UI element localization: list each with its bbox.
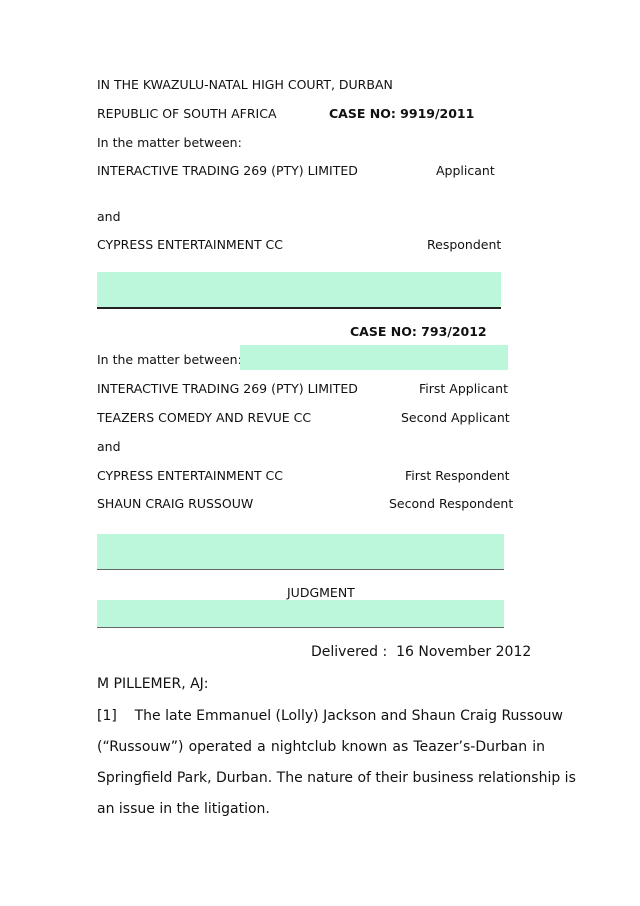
judgment-title: JUDGMENT xyxy=(287,587,355,600)
paragraph-line: [1] The late Emmanuel (Lolly) Jackson an… xyxy=(97,709,545,723)
divider-rule-1 xyxy=(97,307,501,309)
paragraph-line: (“Russouw”) operated a nightclub known a… xyxy=(97,740,545,754)
paragraph-line: Springfield Park, Durban. The nature of … xyxy=(97,771,545,785)
divider-rule-3 xyxy=(97,627,504,628)
divider-rule-2 xyxy=(97,569,504,570)
and-separator-1: and xyxy=(97,211,121,224)
highlight-block-4 xyxy=(97,600,504,627)
and-separator-2: and xyxy=(97,441,121,454)
case-number-2: CASE NO: 793/2012 xyxy=(350,326,487,339)
party-role-4: Second Respondent xyxy=(389,498,513,511)
highlight-block-2 xyxy=(240,345,508,370)
respondent-role: Respondent xyxy=(427,239,501,252)
party-name-1: INTERACTIVE TRADING 269 (PTY) LIMITED xyxy=(97,383,358,396)
party-name-3: CYPRESS ENTERTAINMENT CC xyxy=(97,470,283,483)
court-heading: IN THE KWAZULU-NATAL HIGH COURT, DURBAN xyxy=(97,79,393,92)
paragraph-line: an issue in the litigation. xyxy=(97,802,517,816)
party-role-3: First Respondent xyxy=(405,470,510,483)
applicant-role: Applicant xyxy=(436,165,495,178)
applicant-name: INTERACTIVE TRADING 269 (PTY) LIMITED xyxy=(97,165,358,178)
matter-between-1: In the matter between: xyxy=(97,137,242,150)
highlight-block-3 xyxy=(97,534,504,569)
respondent-name: CYPRESS ENTERTAINMENT CC xyxy=(97,239,283,252)
country-heading: REPUBLIC OF SOUTH AFRICA xyxy=(97,108,277,121)
party-role-1: First Applicant xyxy=(419,383,508,396)
highlight-block-1 xyxy=(97,272,501,307)
judge-name: M PILLEMER, AJ: xyxy=(97,677,209,691)
party-name-4: SHAUN CRAIG RUSSOUW xyxy=(97,498,253,511)
delivered-date: Delivered : 16 November 2012 xyxy=(311,645,531,659)
party-role-2: Second Applicant xyxy=(401,412,510,425)
matter-between-2: In the matter between: xyxy=(97,354,242,367)
case-number-1: CASE NO: 9919/2011 xyxy=(329,108,474,121)
party-name-2: TEAZERS COMEDY AND REVUE CC xyxy=(97,412,311,425)
